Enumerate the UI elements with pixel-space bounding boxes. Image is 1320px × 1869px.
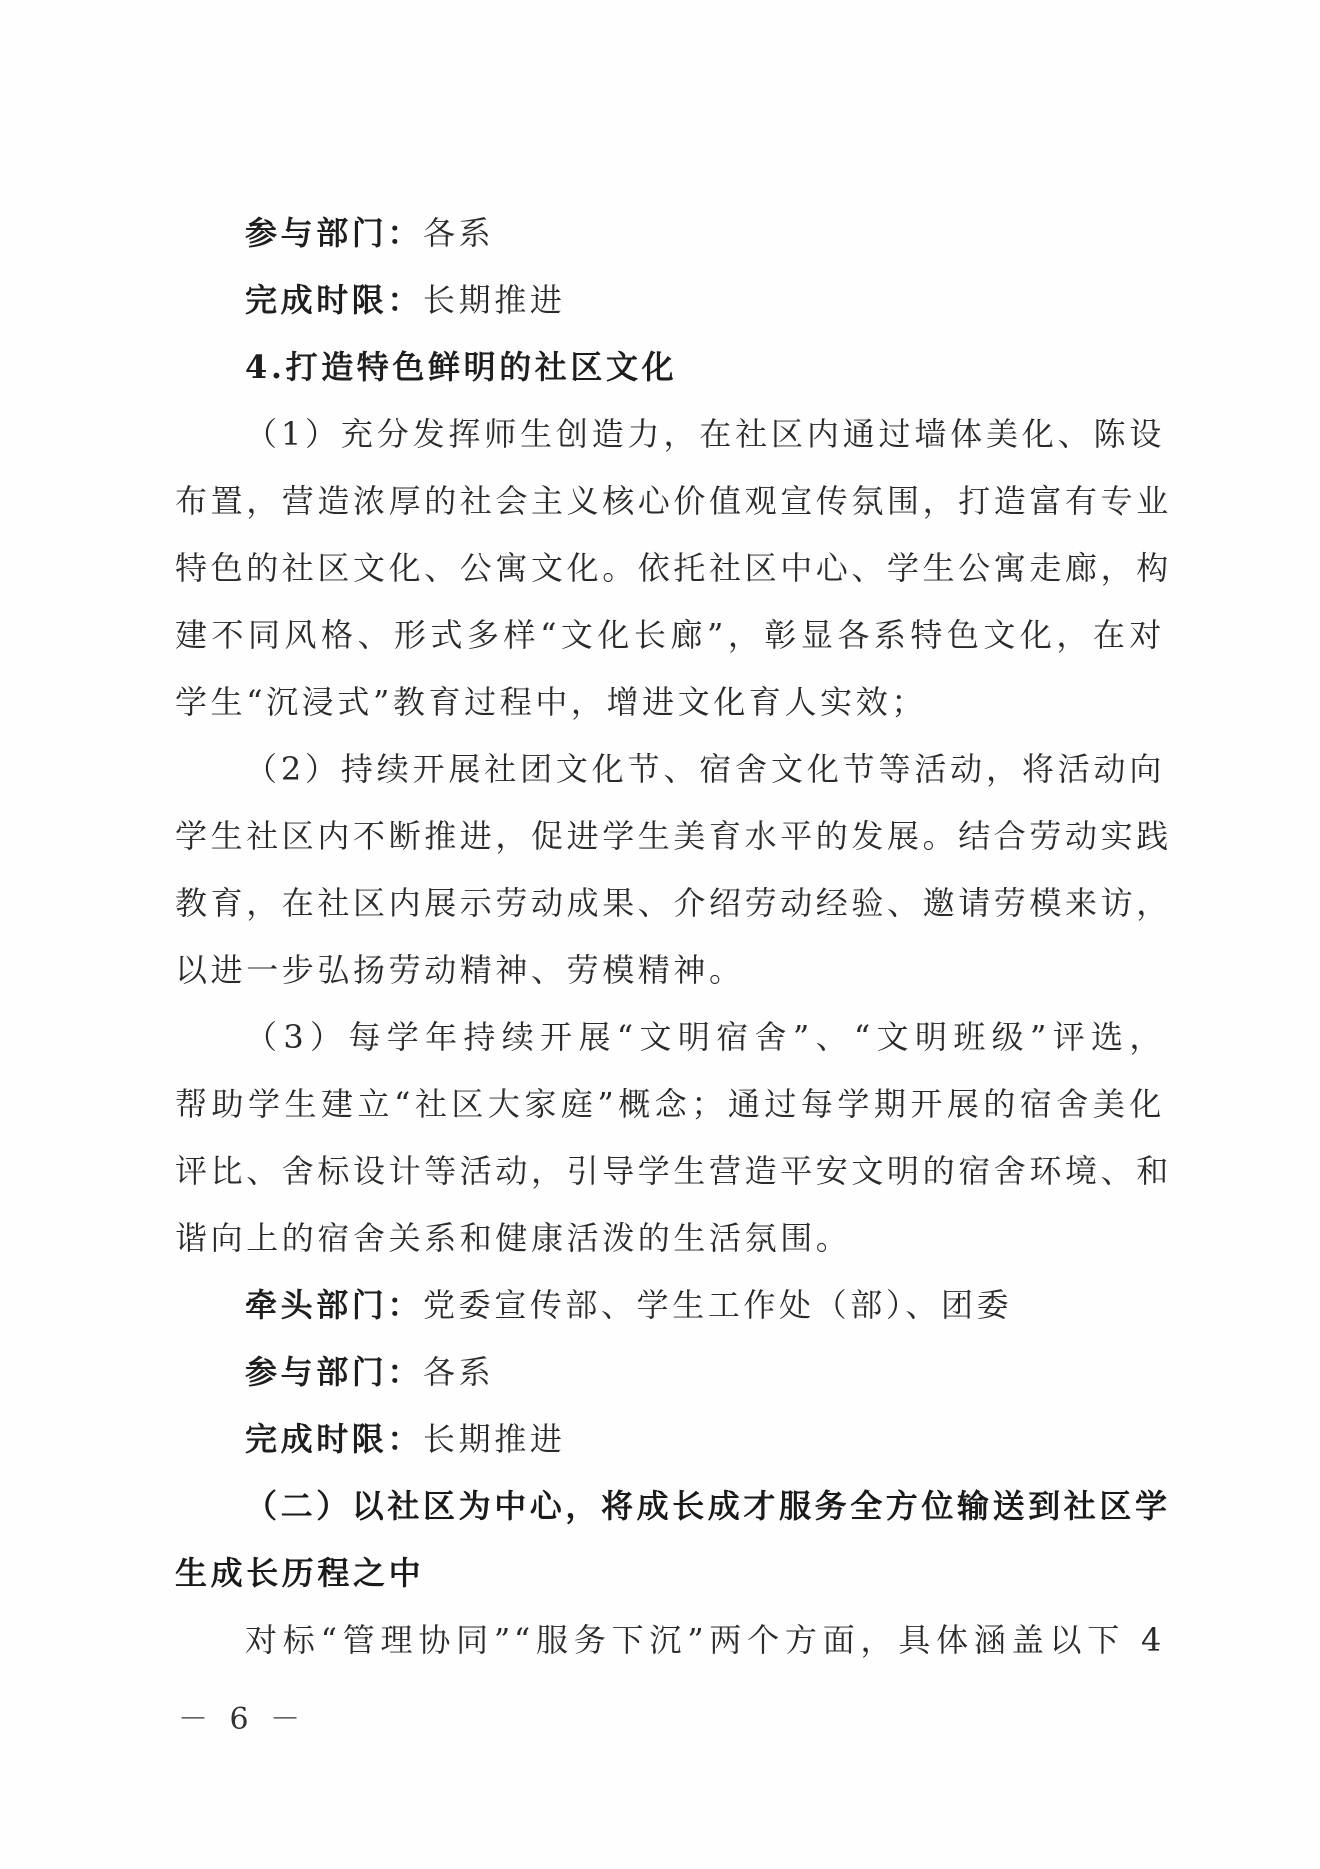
paragraph-1-line-3: 特色的社区文化、公寓文化。依托社区中心、学生公寓走廊，构 [175, 535, 1165, 602]
paragraph-2-line-4: 以进一步弘扬劳动精神、劳模精神。 [175, 937, 1165, 1004]
paragraph-3-line-4: 谐向上的宿舍关系和健康活泼的生活氛围。 [175, 1205, 1165, 1272]
section-two-heading-line-2: 生成长历程之中 [175, 1540, 1165, 1607]
lead-departments-line: 牵头部门：党委宣传部、学生工作处（部）、团委 [245, 1272, 1165, 1339]
deadline-value: 长期推进 [423, 281, 565, 319]
participating-departments-line-2: 参与部门：各系 [245, 1339, 1165, 1406]
paragraph-1-line-4: 建不同风格、形式多样“文化长廊”，彰显各系特色文化，在对 [175, 602, 1165, 669]
page-number: － 6 － [178, 1700, 306, 1740]
section-4-heading: 4.打造特色鲜明的社区文化 [245, 334, 1165, 401]
paragraph-1-line-2: 布置，营造浓厚的社会主义核心价值观宣传氛围，打造富有专业 [175, 468, 1165, 535]
deadline-label: 完成时限： [245, 281, 423, 319]
deadline-label-2: 完成时限： [245, 1420, 423, 1458]
participating-departments-label-2: 参与部门： [245, 1353, 423, 1391]
paragraph-3-line-3: 评比、舍标设计等活动，引导学生营造平安文明的宿舍环境、和 [175, 1138, 1165, 1205]
section-two-heading-line-1: （二）以社区为中心，将成长成才服务全方位输送到社区学 [245, 1473, 1165, 1540]
participating-departments-label: 参与部门： [245, 214, 423, 252]
deadline-line-2: 完成时限：长期推进 [245, 1406, 1165, 1473]
participating-departments-value-2: 各系 [423, 1353, 494, 1391]
lead-departments-value: 党委宣传部、学生工作处（部）、团委 [423, 1286, 1012, 1324]
deadline-line: 完成时限：长期推进 [245, 267, 1165, 334]
section-two-intro-line: 对标“管理协同”“服务下沉”两个方面，具体涵盖以下 4 [245, 1607, 1165, 1674]
paragraph-1-line-1: （1）充分发挥师生创造力，在社区内通过墙体美化、陈设 [245, 401, 1165, 468]
paragraph-2-line-1: （2）持续开展社团文化节、宿舍文化节等活动，将活动向 [245, 736, 1165, 803]
paragraph-2-line-3: 教育，在社区内展示劳动成果、介绍劳动经验、邀请劳模来访， [175, 870, 1165, 937]
participating-departments-line: 参与部门：各系 [245, 200, 1165, 267]
paragraph-3-line-2: 帮助学生建立“社区大家庭”概念；通过每学期开展的宿舍美化 [175, 1071, 1165, 1138]
participating-departments-value: 各系 [423, 214, 494, 252]
lead-departments-label: 牵头部门： [245, 1286, 423, 1324]
document-page: 参与部门：各系 完成时限：长期推进 4.打造特色鲜明的社区文化 （1）充分发挥师… [0, 0, 1320, 1869]
deadline-value-2: 长期推进 [423, 1420, 565, 1458]
paragraph-2-line-2: 学生社区内不断推进，促进学生美育水平的发展。结合劳动实践 [175, 803, 1165, 870]
paragraph-3-line-1: （3）每学年持续开展“文明宿舍”、“文明班级”评选， [245, 1004, 1165, 1071]
paragraph-1-line-5: 学生“沉浸式”教育过程中，增进文化育人实效； [175, 669, 1165, 736]
